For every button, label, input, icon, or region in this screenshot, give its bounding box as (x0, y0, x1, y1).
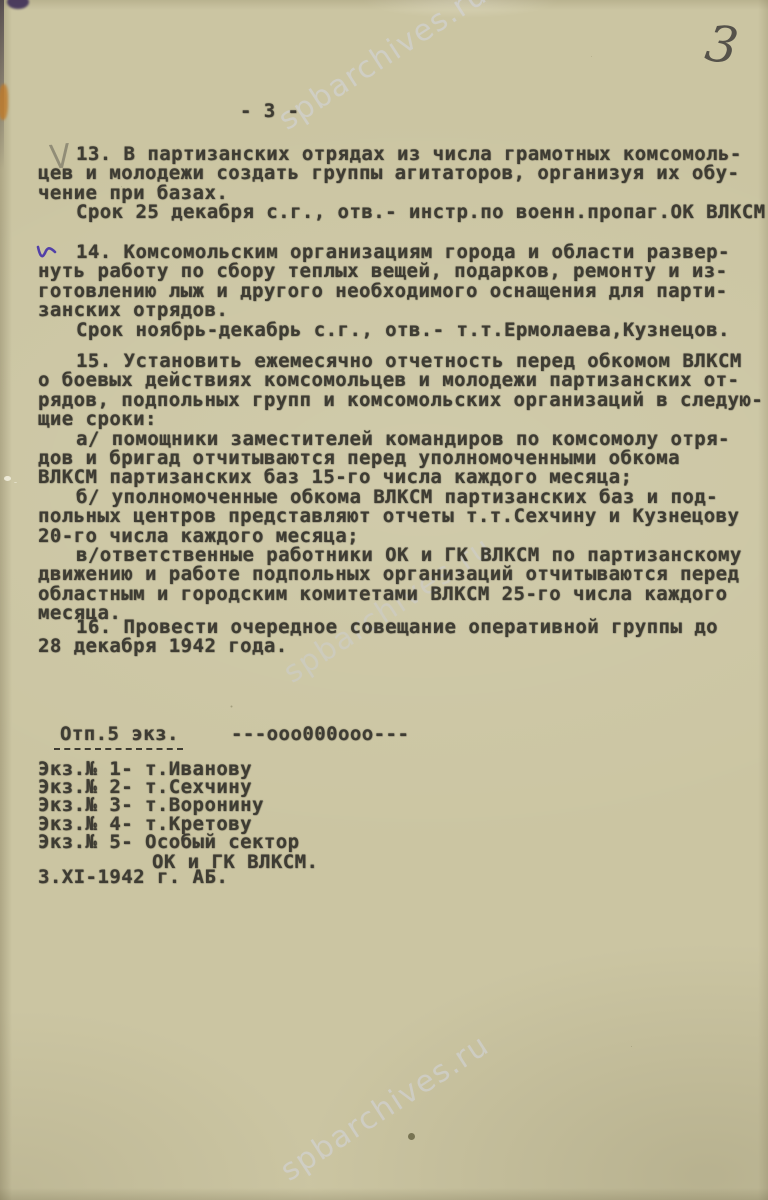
date-signature-line: 3.XI-1942 г. АБ. (38, 866, 228, 888)
archive-watermark-top: spbarchives.ru (272, 0, 493, 137)
handwritten-page-number: 3 (702, 14, 742, 76)
copies-note: Отп.5 экз. (54, 723, 183, 750)
distribution-list: Экз.№ 1- т.ИвановуЭкз.№ 2- т.СехчинуЭкз.… (38, 760, 300, 851)
paper-stain-orange (0, 84, 8, 120)
document-line: о боевых действиях комсомольцев и молоде… (38, 371, 768, 390)
distribution-line: Экз.№ 5- Особый сектор (38, 833, 300, 851)
document-line: 28 декабря 1942 года. (38, 637, 768, 656)
document-line: ВЛКСМ партизанских баз 15-го числа каждо… (38, 468, 768, 487)
document-line: движению и работе подпольных организаций… (38, 565, 768, 584)
document-line: нуть работу по сбору теплых вещей, подар… (38, 262, 768, 281)
paragraph: 15. Установить ежемесячно отчетность пер… (0, 352, 768, 624)
paragraph: 16. Провести очередное совещание операти… (0, 618, 768, 657)
paper-speck-dark (408, 1133, 415, 1140)
document-line: областным и городским комитетами ВЛКСМ 2… (38, 585, 768, 604)
document-line: занских отрядов. (38, 301, 768, 320)
document-line: Срок ноябрь-декабрь с.г., отв.- т.т.Ермо… (76, 321, 768, 340)
scanned-document-page: spbarchives.ru spbarchives.ru spbarchive… (0, 0, 768, 1200)
ooo-separator: ---ооо000ооо--- (231, 723, 409, 745)
document-line: щие сроки: (38, 410, 768, 429)
document-line: Срок 25 декабря с.г., отв.- инстр.по вое… (76, 203, 768, 222)
document-line: польных центров представляют отчеты т.т.… (38, 507, 768, 526)
paragraph: 14. Комсомольским организациям города и … (0, 243, 768, 340)
archive-watermark-bottom: spbarchives.ru (274, 1028, 495, 1189)
document-line: цев и молодежи создать группы агитаторов… (38, 164, 768, 183)
paragraph: 13. В партизанских отрядах из числа грам… (0, 145, 768, 223)
typed-page-number: - 3 - (240, 100, 299, 122)
distribution-line: Экз.№ 3- т.Воронину (38, 796, 300, 814)
corner-ink-blot (7, 0, 29, 9)
